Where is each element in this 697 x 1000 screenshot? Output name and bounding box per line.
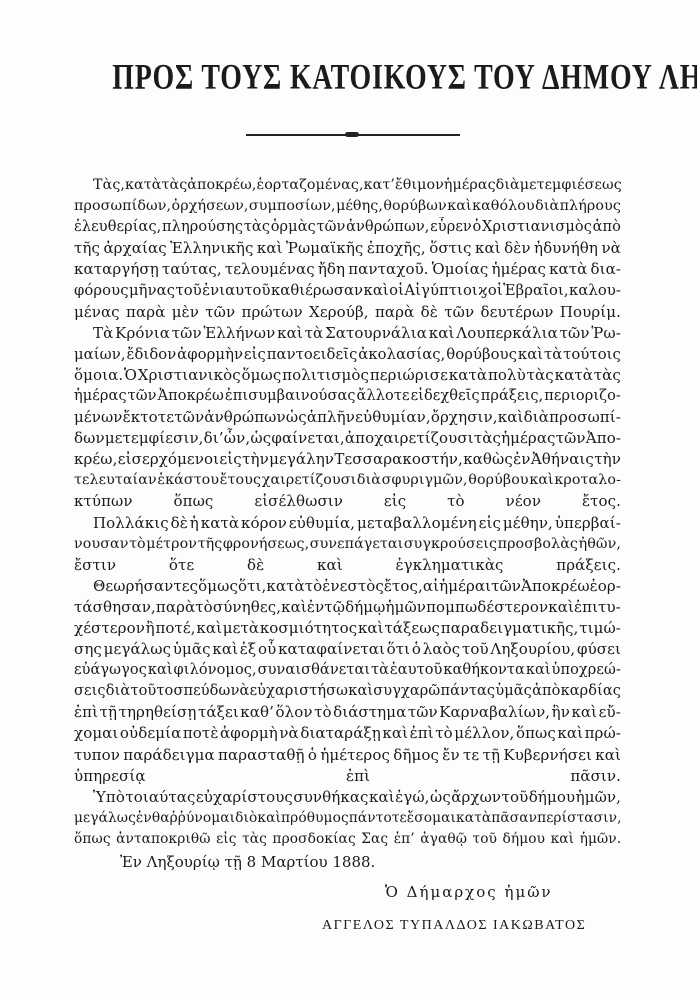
text-line-content: κτύπων ὅπως εἰσέλθωσιν εἰς τὸ νέον ἔτος. (74, 491, 621, 512)
text-line: μεγάλωςἐνθαῤῥύνομαιδιὸκαὶπρόθυμοςπάντοτε… (74, 808, 621, 829)
word: καὶ (557, 723, 583, 744)
word: ἡμέραι (439, 576, 491, 597)
word: τιμώ- (579, 618, 621, 639)
word: τε (463, 745, 479, 766)
word: τοῦ (462, 639, 489, 660)
word: φιλόνομος, (174, 660, 257, 681)
word: κατὰ (555, 365, 593, 386)
word: ἐπὶ (74, 702, 98, 723)
word: διὰ (535, 196, 559, 217)
text-line: χομαιοὐδεμίαποτὲἀφορμὴνὰδιαταράξῃκαὶἐπὶτ… (74, 723, 621, 744)
word: ἔσομαι (407, 808, 456, 829)
word: τὴν (242, 449, 269, 470)
text-line-content: χέστερονἢποτέ,καὶμετὰκοσμιότητοςκαὶτάξεω… (74, 618, 621, 639)
word: Θεωρήσαντες (93, 576, 198, 597)
word: μεταβαλλομένη (357, 513, 477, 534)
word: τὰς (594, 365, 621, 386)
word: χαιρετίζουσι (262, 470, 357, 491)
word: ὅμως (198, 576, 238, 597)
text-line: εὐάγωγοςκαὶφιλόνομος,συναισθάνεταιτὰἑαυτ… (74, 660, 621, 681)
word: ὁρμὰς (271, 217, 316, 238)
word: συγχαρῶ (373, 681, 440, 702)
word: εὐθυμίαν, (355, 407, 431, 428)
word: μεγάλως (104, 639, 171, 660)
word: καὶ (447, 196, 471, 217)
word: παραδειγματικῆς, (441, 618, 579, 639)
word: ἐνιαυτοῦ (202, 280, 270, 301)
word: προσωπί- (549, 407, 621, 428)
word: μεγάλην (269, 449, 334, 470)
word: ἀποχαιρετίζουσι (345, 428, 474, 449)
word: θορύβων (383, 196, 446, 217)
word: ἐλευθερίας, (74, 217, 161, 238)
word: ὡς (286, 407, 307, 428)
word: δων (74, 428, 105, 449)
text-line-content: ἔστιν ὅτε δὲ καὶ ἐγκληματικὰς πράξεις. (74, 555, 621, 576)
word: τῆς (198, 534, 223, 555)
word: Κυβερνήσει (503, 745, 592, 766)
word: Ἑλληνικῆς (170, 238, 253, 259)
word: καὶ (358, 618, 384, 639)
word: δι’ (204, 428, 224, 449)
word: ταύτας, (162, 259, 222, 280)
text-line: ΤὰΚρόνιατῶνἙλλήνωνκαὶτὰΣατουρνάλιακαὶΛου… (74, 323, 621, 344)
text-line: ἐλευθερίας,πληρούσηςτὰςὁρμὰςτῶνἀνθρώπων,… (74, 217, 621, 238)
word: εὔ- (599, 702, 621, 723)
paragraph: Θεωρήσαντεςὅμωςὅτι,κατὰτὸἐνεστὸςἔτος,αἱἡ… (74, 576, 621, 787)
word: τὸ (305, 576, 323, 597)
word: τηρηθείσῃ (119, 702, 197, 723)
word: εἰς (244, 344, 266, 365)
word: κοσμιότητος (260, 618, 357, 639)
word: συγκρούσεις (404, 534, 497, 555)
word: περιώρισε (370, 365, 448, 386)
text-line: προσωπίδων,ὀρχήσεων,συμποσίων,μέθης,θορύ… (74, 196, 621, 217)
word: τῶν (172, 323, 202, 344)
word: ἡμέρας (492, 259, 546, 280)
word: καὶ (548, 597, 574, 618)
word: μετὰ (223, 618, 259, 639)
word: σπεύδω (173, 681, 230, 702)
word: καθόλου (472, 196, 535, 217)
word: δῆμος (393, 745, 439, 766)
word: ἔδιδον (126, 344, 176, 365)
word: καὶ (196, 618, 222, 639)
word: τῶν (491, 576, 521, 597)
word: καὶ (571, 702, 597, 723)
word: ὅτι, (238, 576, 266, 597)
word: ὁ (473, 217, 482, 238)
word: οὐδεμία (120, 723, 181, 744)
date-line: Ἐν Ληξουρίῳ τῇ 8 Μαρτίου 1888. (120, 852, 375, 872)
word: καὶ (348, 681, 373, 702)
word: τὰς (244, 217, 270, 238)
word: τούτοις (563, 344, 621, 365)
word: ἐπισυμβαινούσας (225, 386, 356, 407)
word: Πολλάκις (93, 513, 169, 534)
word: διὰ (524, 407, 549, 428)
word: Λουπερκάλια (456, 323, 558, 344)
word: ἡμέρας (74, 386, 127, 407)
word: καὶ (595, 745, 621, 766)
document-body: Τὰς,κατὰτὰςἀποκρέω,ἑορταζομένας,κατ’ἔθιμ… (74, 175, 621, 850)
word: ὅστις (429, 238, 471, 259)
word: φόρους (74, 280, 129, 301)
word: σεις (74, 681, 106, 702)
text-line-content: ἐλευθερίας,πληρούσηςτὰςὁρμὰςτῶνἀνθρώπων,… (74, 217, 621, 238)
word: νουσαν (74, 534, 129, 555)
word: εὐχαριστήσω (250, 681, 349, 702)
word: ἡμέρας (444, 175, 496, 196)
text-line-content: δωνμετεμφίεσιν,δι’ὧν,ὡςφαίνεται,ἀποχαιρε… (74, 428, 621, 449)
text-line: μένας παρὰ μὲν τῶν πρώτων Χερούβ, παρὰ δ… (74, 302, 621, 323)
text-line: τελευταίανἑκάστουἔτουςχαιρετίζουσιδιὰσφυ… (74, 470, 621, 491)
word: μῆνας (129, 280, 175, 301)
word: καὶ (526, 660, 551, 681)
word: εὐχαρίστους (196, 787, 293, 808)
text-line-content: καταργήσῃταύτας,τελουμέναςἤδηπανταχοῦ.Ὁμ… (74, 259, 621, 280)
word: ἔν (442, 745, 459, 766)
text-line: τάσθησαν,παρὰτὸσύνηθες,καὶἐντῷδήμῳἡμῶνπο… (74, 597, 621, 618)
word: προσβολὰς (498, 534, 578, 555)
word: Αἰγύπτιοι (404, 280, 477, 301)
word: καὶ (382, 723, 408, 744)
word: Χριστιανισμὸς (482, 217, 592, 238)
paragraph: Τὰς,κατὰτὰςἀποκρέω,ἑορταζομένας,κατ’ἔθιμ… (74, 175, 621, 323)
word: Καρναβαλίων, (439, 702, 550, 723)
word: τὰς (161, 175, 187, 196)
document-page: ΠΡΟΣ ΤΟΥΣ ΚΑΤΟΙΚΟΥΣ ΤΟΥ ΔΗΜΟΥ ΛΗΞΟΥΡΙΟΥ … (0, 0, 697, 1000)
text-line-content: τῆςἀρχαίαςἙλληνικῆςκαὶῬωμαϊκῆςἐποχῆς,ὅστ… (74, 238, 621, 259)
word: παρασταθῇ (218, 745, 305, 766)
text-line: κτύπων ὅπως εἰσέλθωσιν εἰς τὸ νέον ἔτος. (74, 491, 621, 512)
word: προσωπίδων, (74, 196, 171, 217)
word: δήμου (529, 787, 575, 808)
word: ὑμᾶς (173, 639, 211, 660)
word: μέλλον, (454, 723, 514, 744)
text-line-content: μένωνἔκτοτετῶνἀνθρώπωνὡςἁπλῆνεὐθυμίαν,ὄρ… (74, 407, 621, 428)
word: εἰσερχόμενοι (118, 449, 219, 470)
word: οἱ (488, 280, 503, 301)
word: πολὺ (488, 365, 526, 386)
page-title: ΠΡΟΣ ΤΟΥΣ ΚΑΤΟΙΚΟΥΣ ΤΟΥ ΔΗΜΟΥ ΛΗΞΟΥΡΙΟΥ (112, 57, 588, 99)
word: λαὸς (423, 639, 460, 660)
text-line-content: τελευταίανἑκάστουἔτουςχαιρετίζουσιδιὰσφυ… (74, 470, 621, 491)
word: νὰ (231, 681, 250, 702)
text-line-content: κρέω,εἰσερχόμενοιεἰςτὴνμεγάληνΤεσσαρακοσ… (74, 449, 621, 470)
word: διὰ (106, 681, 131, 702)
word: ἑαυτοῦ (390, 660, 443, 681)
paragraph: Πολλάκιςδὲἡκατὰκόρονεὐθυμία,μεταβαλλομέν… (74, 513, 621, 576)
word: τὸ (129, 534, 146, 555)
word: Ὁμοίας (432, 259, 489, 280)
word: ἡ (190, 513, 199, 534)
text-line: μένωνἔκτοτετῶνἀνθρώπωνὡςἁπλῆνεὐθυμίαν,ὄρ… (74, 407, 621, 428)
word: ἠδυνήθη (534, 238, 598, 259)
word: μετεμφίεσιν, (105, 428, 204, 449)
word: μαίων, (74, 344, 126, 365)
word: ὅπως (516, 723, 556, 744)
text-line-content: Θεωρήσαντεςὅμωςὅτι,κατὰτὸἐνεστὸςἔτος,αἱἡ… (93, 576, 621, 597)
paragraph: ΤὰΚρόνιατῶνἙλλήνωνκαὶτὰΣατουρνάλιακαὶΛου… (74, 323, 621, 513)
word: Κρόνια (115, 323, 170, 344)
text-line-content: νουσαντὸμέτροντῆςφρονήσεως,συνεπάγεταισυ… (74, 534, 621, 555)
word: νὰ (601, 238, 620, 259)
word: ἐποχῆς, (367, 238, 426, 259)
word: τὴν (594, 449, 621, 470)
word: φαίνεται, (271, 428, 344, 449)
word: κόρον (241, 513, 287, 534)
word: οὗ (258, 639, 276, 660)
word: τὰ (305, 323, 324, 344)
word: τῶν (408, 702, 438, 723)
word: σης (74, 639, 102, 660)
word: νὰ (279, 723, 298, 744)
word: πᾶσαν (491, 808, 537, 829)
word: ἑκάστου (157, 470, 219, 491)
word: πανταχοῦ. (348, 259, 428, 280)
text-line-content: Πολλάκιςδὲἡκατὰκόρονεὐθυμία,μεταβαλλομέν… (93, 513, 621, 534)
word: ἡμέρας (501, 428, 555, 449)
text-line-content: ΤὰΚρόνιατῶνἙλλήνωνκαὶτὰΣατουρνάλιακαὶΛου… (93, 323, 621, 344)
text-line: ἔστιν ὅτε δὲ καὶ ἐγκληματικὰς πράξεις. (74, 555, 621, 576)
word: τάσθησαν, (74, 597, 156, 618)
word: κρέω, (74, 449, 117, 470)
text-line: καταργήσῃταύτας,τελουμέναςἤδηπανταχοῦ.Ὁμ… (74, 259, 621, 280)
text-line: ὑπηρεσίᾳ ἐπὶ πᾶσιν. (74, 766, 621, 787)
word: αἱ (423, 576, 439, 597)
word: ἐνθαῤῥύνομαι (136, 808, 235, 829)
word: Ἀποκρέω (158, 386, 224, 407)
word: ὄρχησιν, (431, 407, 498, 428)
word: τοιαύτας (125, 787, 195, 808)
word: τελουμένας (225, 259, 315, 280)
word: εἰδεχθεῖς (411, 386, 480, 407)
word: καὶ (369, 787, 395, 808)
word: τὸ (314, 702, 332, 723)
word: ἔθιμον (395, 175, 444, 196)
word: ἐγώ, (395, 787, 429, 808)
text-line: δωνμετεμφίεσιν,δι’ὧν,ὡςφαίνεται,ἀποχαιρε… (74, 428, 621, 449)
word: ἁπλῆν (307, 407, 355, 428)
word: Ῥω- (591, 323, 620, 344)
word: ἡμῶν (386, 597, 427, 618)
text-line: σειςδιὰτοῦτοσπεύδωνὰεὐχαριστήσωκαὶσυγχαρ… (74, 681, 621, 702)
word: Χριστιανικὸς (138, 365, 241, 386)
word: καὶ (429, 323, 455, 344)
word: ἑορταζομένας, (256, 175, 363, 196)
word: περιοριζο- (544, 386, 621, 407)
word: ὅλον (275, 702, 312, 723)
text-line: Πολλάκιςδὲἡκατὰκόρονεὐθυμία,μεταβαλλομέν… (74, 513, 621, 534)
word: καὶ (148, 660, 173, 681)
word: ἀφορμὴ (220, 723, 278, 744)
text-line-content: ὅπως ἀνταποκριθῶ εἰς τὰς προσδοκίας Σας … (74, 829, 621, 850)
word: καθιέρωσαν (271, 280, 363, 301)
word: Τὰς, (93, 175, 125, 196)
word: πρώ- (585, 723, 621, 744)
word: ὧν, (224, 428, 250, 449)
word: περίστασιν, (537, 808, 621, 829)
word: ποτὲ (183, 723, 219, 744)
word: σφυριγμῶν, (382, 470, 468, 491)
word: τάξει (198, 702, 239, 723)
word: εὗρεν (430, 217, 472, 238)
word: τυπον (74, 745, 120, 766)
word: Ἑβραῖοι, (503, 280, 569, 301)
text-line: φόρουςμῆναςτοῦἐνιαυτοῦκαθιέρωσανκαὶοἱΑἰγ… (74, 280, 621, 301)
separator-ornament (345, 132, 359, 137)
word: καὶ (529, 470, 553, 491)
text-line-content: ἐπὶτῇτηρηθείσῃτάξεικαθ’ὅλοντὸδιάστηματῶν… (74, 702, 621, 723)
word: ὡς (250, 428, 271, 449)
text-line-content: χομαιοὐδεμίαποτὲἀφορμὴνὰδιαταράξῃκαὶἐπὶτ… (74, 723, 621, 744)
word: φύσει (577, 639, 621, 660)
word: μετεμφιέσεως (520, 175, 621, 196)
word: καὶ (277, 323, 303, 344)
word: ὑποχρεώ- (552, 660, 621, 681)
word: πάντοτε (349, 808, 407, 829)
word: καθήκοντα (443, 660, 525, 681)
text-line-content: προσωπίδων,ὀρχήσεων,συμποσίων,μέθης,θορύ… (74, 196, 621, 217)
word: κατὰ (456, 808, 491, 829)
word: πληρούσης (162, 217, 243, 238)
word: καθ’ (240, 702, 274, 723)
word: κατ’ (364, 175, 395, 196)
word: ἐν (513, 449, 530, 470)
text-line-content: μένας παρὰ μὲν τῶν πρώτων Χερούβ, παρὰ δ… (74, 302, 621, 323)
word: τὸ (195, 597, 213, 618)
word: ὁ (308, 745, 317, 766)
word: ἀκολασίας, (358, 344, 445, 365)
word: τοῦ (502, 787, 529, 808)
word: ἐπὶ (410, 723, 434, 744)
word: συνεπάγεται (310, 534, 404, 555)
word: καὶ (257, 238, 283, 259)
word: ὅμως (242, 365, 282, 386)
word: ὅτι (387, 639, 411, 660)
word: ἀρχαίας (103, 238, 166, 259)
word: τῶν (128, 386, 157, 407)
text-line: Θεωρήσαντεςὅμωςὅτι,κατὰτὸἐνεστὸςἔτος,αἱἡ… (74, 576, 621, 597)
paragraph: Ὑπὸτοιαύταςεὐχαρίστουςσυνθήκαςκαὶἐγώ,ὡςἄ… (74, 787, 621, 850)
word: καρδίας (561, 681, 621, 702)
text-line: ἡμέραςτῶνἈποκρέωἐπισυμβαινούσαςἄλλοτεεἰδ… (74, 386, 621, 407)
word: ἠθῶν, (579, 534, 621, 555)
text-line-content: τάσθησαν,παρὰτὸσύνηθες,καὶἐντῷδήμῳἡμῶνπο… (74, 597, 621, 618)
word: Ἀπο- (586, 428, 621, 449)
word: δὲ (171, 513, 188, 534)
word: μέτρον (146, 534, 197, 555)
word: τῆς (74, 238, 100, 259)
word: ὑπερβαί- (555, 513, 621, 534)
word: διαταράξῃ (300, 723, 381, 744)
signature-role: Ὁ Δήμαρχος ἡμῶν (385, 882, 553, 902)
word: ἀφορμὴν (177, 344, 243, 365)
word: ἄρχων (451, 787, 501, 808)
word: θορύβου (468, 470, 528, 491)
word: ἀπὸ (532, 681, 560, 702)
word: εἰς (479, 513, 501, 534)
word: κατὰ (125, 175, 161, 196)
word: διὰ (357, 470, 381, 491)
word: πρόθυμος (281, 808, 349, 829)
word: Σατουρνάλια (325, 323, 427, 344)
word: καὶ (212, 639, 238, 660)
word: συνθήκας (293, 787, 368, 808)
word: καταφαίνεται (278, 639, 385, 660)
word: τῶν (556, 428, 586, 449)
word: δήμῳ (345, 597, 385, 618)
word: τῇ (483, 745, 501, 766)
word: πλήρους (560, 196, 621, 217)
word: χομαι (74, 723, 118, 744)
word: μένων (74, 407, 123, 428)
word: καὶ (257, 808, 281, 829)
word: ἐνεστὸς (322, 576, 384, 597)
word: ἐν (307, 597, 324, 618)
word: μέθην, (503, 513, 553, 534)
word: κατὰ (449, 365, 487, 386)
word: μεγάλως (74, 808, 136, 829)
word: κατὰ (266, 576, 304, 597)
text-line: νουσαντὸμέτροντῆςφρονήσεως,συνεπάγεταισυ… (74, 534, 621, 555)
word: πάντας (440, 681, 495, 702)
signature-name: ΑΓΓΕΛΟΣ ΤΥΠΑΛΔΟΣ ΙΑΚΩΒΑΤΟΣ (322, 916, 586, 936)
word: ἀνθρώπων (204, 407, 285, 428)
word: τὸ (435, 723, 453, 744)
text-line: Ὑπὸτοιαύταςεὐχαρίστουςσυνθήκαςκαὶἐγώ,ὡςἄ… (74, 787, 621, 808)
word: ἀποκρέω, (187, 175, 256, 196)
word: ϗ (478, 280, 487, 301)
word: Ἑλλήνων (204, 323, 276, 344)
word: ἢ (146, 618, 155, 639)
text-line: σηςμεγάλωςὑμᾶςκαὶἐξοὗκαταφαίνεταιὅτιὁλαὸ… (74, 639, 621, 660)
word: κροταλο- (554, 470, 621, 491)
word: καθὼς (463, 449, 513, 470)
word: φρονήσεως, (223, 534, 309, 555)
word: τελευταίαν (74, 470, 157, 491)
word: καὶ (498, 407, 524, 428)
word: ἄλλοτε (357, 386, 410, 407)
word: διὸ (235, 808, 257, 829)
word: τοῦτο (130, 681, 173, 702)
text-line: τῆςἀρχαίαςἙλληνικῆςκαὶῬωμαϊκῆςἐποχῆς,ὅστ… (74, 238, 621, 259)
text-line: ἐπὶτῇτηρηθείσῃτάξεικαθ’ὅλοντὸδιάστηματῶν… (74, 702, 621, 723)
word: θορύβους (446, 344, 517, 365)
word: πράξεις, (481, 386, 544, 407)
word: ἐξ (240, 639, 257, 660)
word: μέθης, (336, 196, 383, 217)
word: δια- (590, 259, 621, 280)
word: ἀνθρώπων, (346, 217, 429, 238)
text-line: κρέω,εἰσερχόμενοιεἰςτὴνμεγάληνΤεσσαρακοσ… (74, 449, 621, 470)
text-line-content: σηςμεγάλωςὑμᾶςκαὶἐξοὗκαταφαίνεταιὅτιὁλαὸ… (74, 639, 621, 660)
word: ὁ (412, 639, 421, 660)
word: συμποσίων, (249, 196, 336, 217)
text-line-content: Τὰς,κατὰτὰςἀποκρέω,ἑορταζομένας,κατ’ἔθιμ… (93, 175, 621, 196)
text-line: ὅμοια.ὉΧριστιανικὸςὅμωςπολιτισμὸςπεριώρι… (74, 365, 621, 386)
word: ἔκτοτε (123, 407, 174, 428)
word: ἡμέτερος (320, 745, 390, 766)
text-line: χέστερονἢποτέ,καὶμετὰκοσμιότητοςκαὶτάξεω… (74, 618, 621, 639)
word: σύνηθες, (213, 597, 281, 618)
word: πομπωδέστερον (426, 597, 548, 618)
text-line-content: μεγάλωςἐνθαῤῥύνομαιδιὸκαὶπρόθυμοςπάντοτε… (74, 808, 621, 829)
word: τὰ (544, 344, 562, 365)
word: οἱ (389, 280, 404, 301)
word: ὀρχήσεων, (172, 196, 249, 217)
